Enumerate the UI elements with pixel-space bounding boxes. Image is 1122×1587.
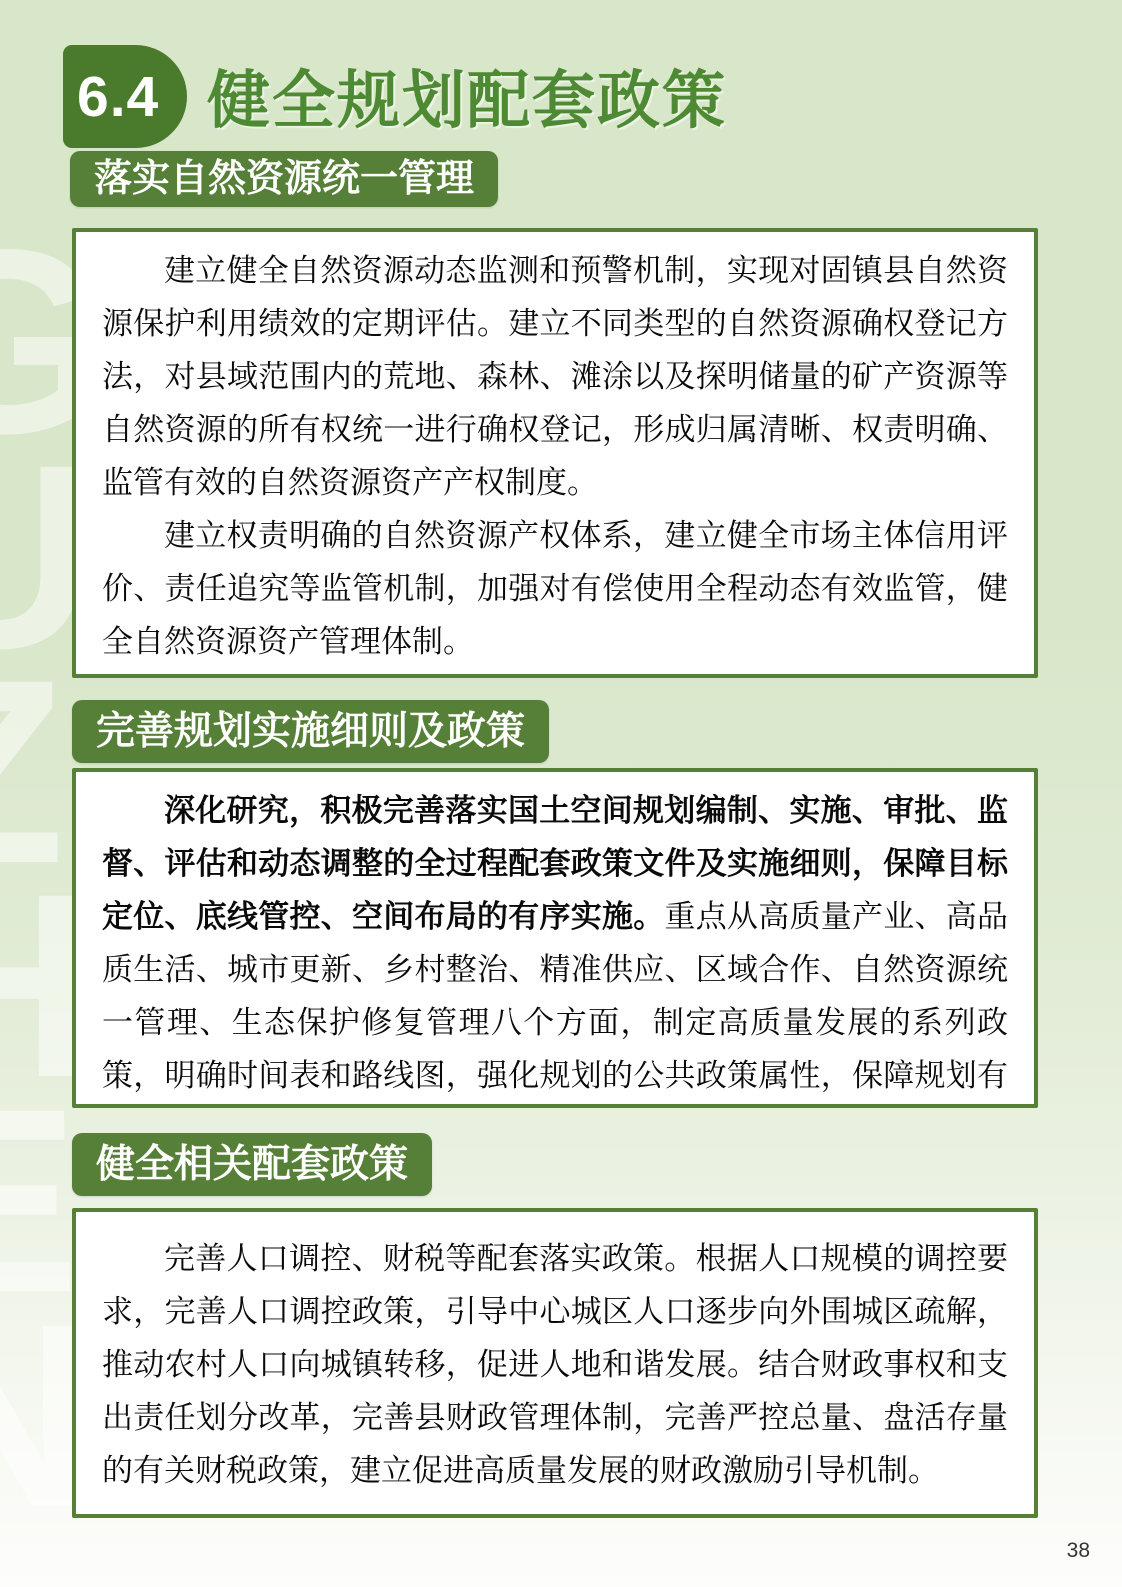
subsection-heading-supporting-policies: 健全相关配套政策 bbox=[72, 1133, 432, 1196]
paragraph: 建立健全自然资源动态监测和预警机制，实现对固镇县自然资源保护利用绩效的定期评估。… bbox=[102, 244, 1008, 509]
page-title: 健全规划配套政策 bbox=[207, 50, 727, 141]
subsection-heading-label: 健全相关配套政策 bbox=[96, 1143, 408, 1186]
document-page: GUZHEN 6.4 健全规划配套政策 落实自然资源统一管理 建立健全自然资源动… bbox=[0, 0, 1122, 1587]
content-box-natural-resources: 建立健全自然资源动态监测和预警机制，实现对固镇县自然资源保护利用绩效的定期评估。… bbox=[72, 228, 1038, 678]
subsection-heading-label: 完善规划实施细则及政策 bbox=[96, 710, 525, 753]
paragraph: 建立权责明确的自然资源产权体系，建立健全市场主体信用评价、责任追究等监管机制，加… bbox=[102, 509, 1008, 668]
paragraph: 完善人口调控、财税等配套落实政策。根据人口规模的调控要求，完善人口调控政策，引导… bbox=[102, 1232, 1008, 1497]
subsection-heading-implementation-rules: 完善规划实施细则及政策 bbox=[72, 700, 549, 763]
section-number: 6.4 bbox=[63, 64, 159, 130]
paragraph: 深化研究，积极完善落实国土空间规划编制、实施、审批、监督、评估和动态调整的全过程… bbox=[102, 784, 1008, 1108]
section-number-badge: 6.4 bbox=[63, 45, 187, 148]
content-box-supporting-policies: 完善人口调控、财税等配套落实政策。根据人口规模的调控要求，完善人口调控政策，引导… bbox=[72, 1208, 1038, 1518]
subsection-heading-natural-resources: 落实自然资源统一管理 bbox=[70, 151, 498, 207]
subsection-heading-label: 落实自然资源统一管理 bbox=[94, 158, 474, 200]
content-box-implementation-rules: 深化研究，积极完善落实国土空间规划编制、实施、审批、监督、评估和动态调整的全过程… bbox=[72, 768, 1038, 1108]
page-number: 38 bbox=[1067, 1539, 1090, 1563]
